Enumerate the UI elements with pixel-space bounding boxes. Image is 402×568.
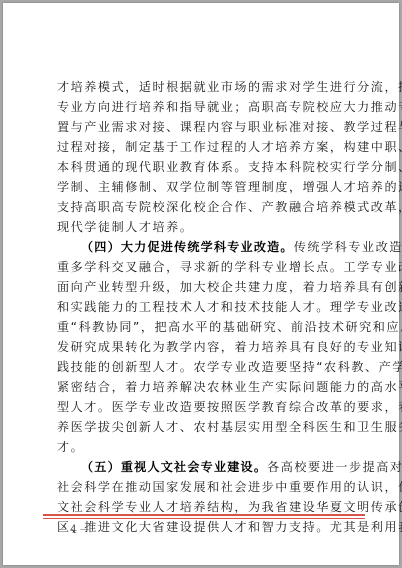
page-number: －4－ [57, 521, 92, 537]
text-line: 置与产业需求对接、课程内容与职业标准对接、教学过程与生产 [57, 117, 357, 137]
text-line: 才。 [57, 437, 357, 457]
text-line: 发研究成果转化为教学内容，着力培养具有良好的专业知识与实 [57, 337, 357, 357]
text-line: 本科贯通的现代职业教育体系。支持本科院校实行学分制、弹性 [57, 157, 357, 177]
text-line: 面向产业转型升级，加大校企共建力度，着力培养具有创新精神 [57, 277, 357, 297]
footer-rule-top [43, 514, 365, 516]
document-page: 才培养模式，适时根据就业市场的需求对学生进行分流，按不同 专业方向进行培养和指导… [3, 3, 399, 565]
text-line: 支持高职高专院校深化校企合作、产教融合培养模式改革，开展 [57, 197, 357, 217]
footer-rule-bottom [43, 518, 365, 520]
section-four-first-line: （四）大力促进传统学科专业改造。传统学科专业改造要注 [57, 237, 357, 257]
text-line: 专业方向进行培养和指导就业；高职高专院校应大力推动专业设 [57, 97, 357, 117]
document-body: 才培养模式，适时根据就业市场的需求对学生进行分流，按不同 专业方向进行培养和指导… [57, 77, 357, 537]
text-line: 重多学科交叉融合，寻求新的学科专业增长点。工学专业改造要 [57, 257, 357, 277]
section-heading-five: （五）重视人文社会专业建设。 [81, 460, 267, 474]
section-five-first-line: （五）重视人文社会专业建设。各高校要进一步提高对人文 [57, 457, 357, 477]
text-line: 区、推进文化大省建设提供人才和智力支持。尤其是利用我省得 [57, 517, 357, 537]
text-line: 和实践能力的工程技术人才和技术技能人才。理学专业改造要注 [57, 297, 357, 317]
text-line: 重“科教协同”，把高水平的基础研究、前沿技术研究和应用开 [57, 317, 357, 337]
section-four-lead-text: 传统学科专业改造要注 [294, 240, 402, 254]
text-line: 紧密结合，着力培养解决农林业生产实际问题能力的高水平应用 [57, 377, 357, 397]
text-line: 学制、主辅修制、双学位制等管理制度，增强人才培养的适应性； [57, 177, 357, 197]
section-five-lead-text: 各高校要进一步提高对人文 [267, 460, 402, 474]
section-heading-four: （四）大力促进传统学科专业改造。 [81, 240, 294, 254]
text-line: 践技能的创新型人才。农学专业改造要坚持“农科教、产学研” [57, 357, 357, 377]
text-line: 才培养模式，适时根据就业市场的需求对学生进行分流，按不同 [57, 77, 357, 97]
text-line: 型人才。医学专业改造要按照医学教育综合改革的要求，着力培 [57, 397, 357, 417]
text-line: 过程对接，制定基于工作过程的人才培养方案，构建中职、高职、 [57, 137, 357, 157]
text-line: 养医学拔尖创新人才、农村基层实用型全科医生和卫生服务人 [57, 417, 357, 437]
text-line: 现代学徒制人才培养。 [57, 217, 357, 237]
text-line: 社会科学在推动国家发展和社会进步中重要作用的认识，优化人 [57, 477, 357, 497]
